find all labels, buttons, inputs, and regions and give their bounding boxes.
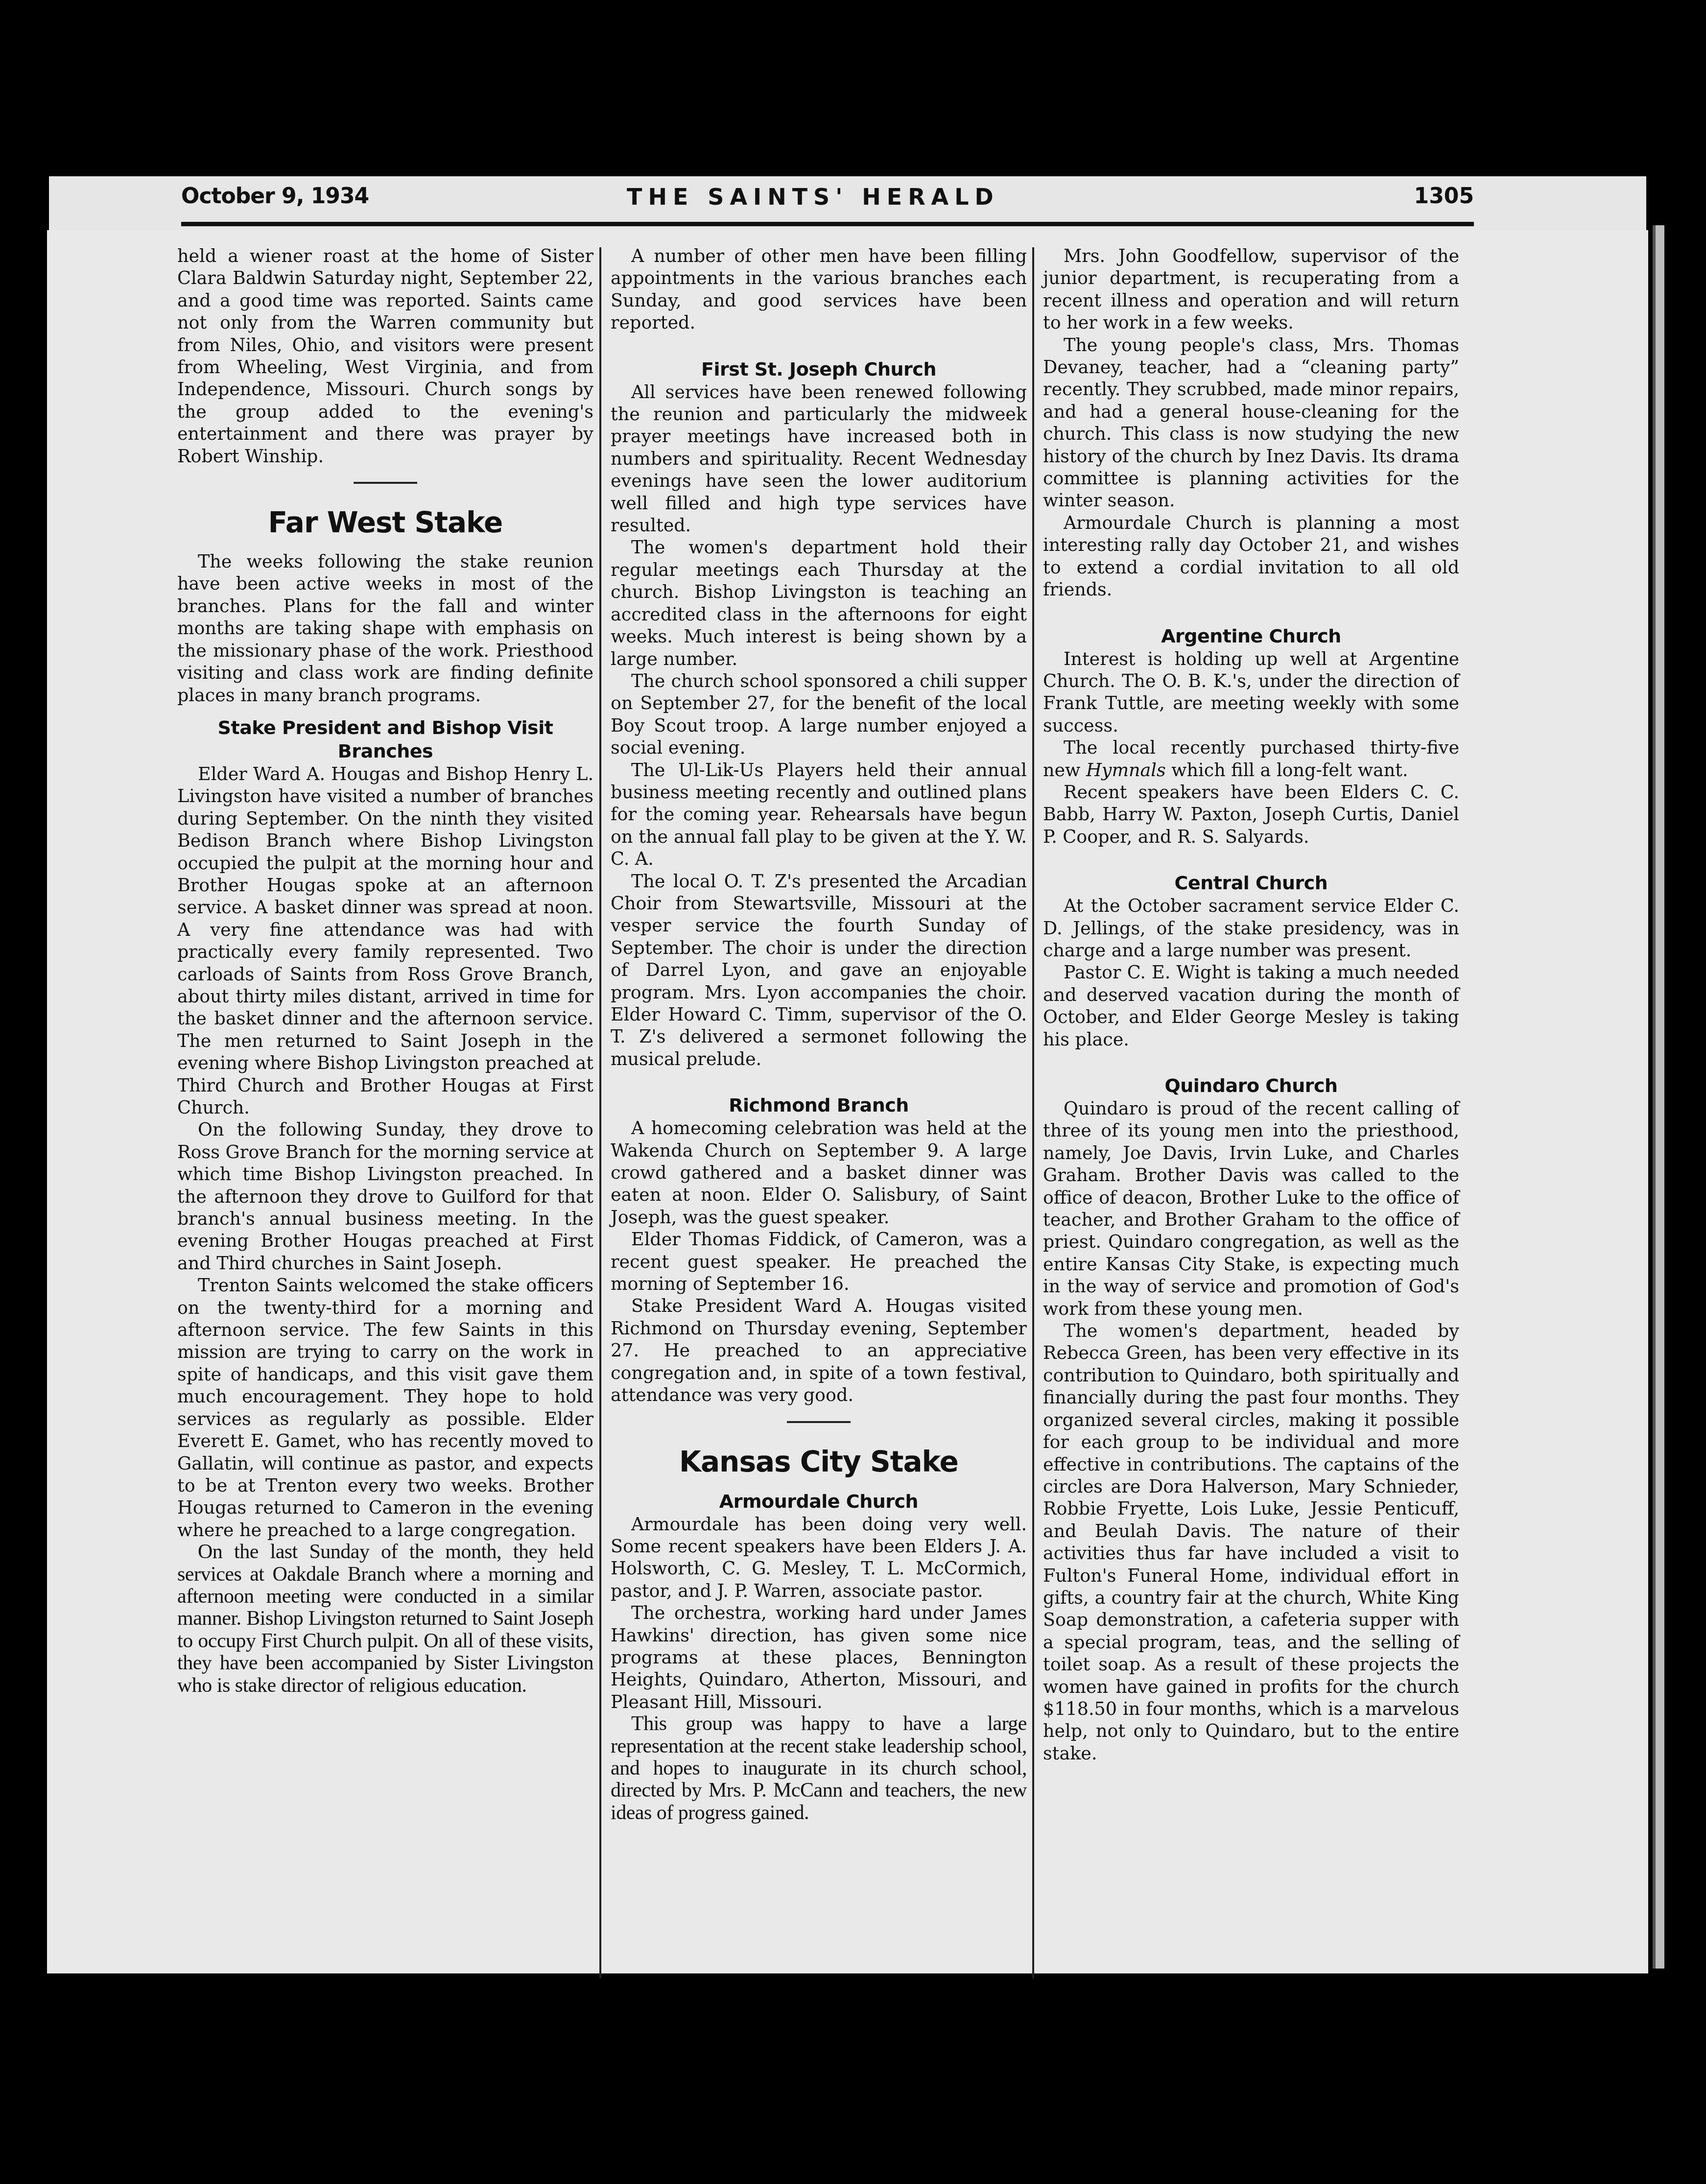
subsection-heading: Armourdale Church <box>611 1490 1027 1513</box>
paragraph: A homecoming celebration was held at the… <box>611 1117 1027 1228</box>
paragraph: Trenton Saints welcomed the stake office… <box>177 1274 593 1541</box>
paragraph: The church school sponsored a chili supp… <box>611 670 1027 759</box>
page-right-edge <box>1653 225 1664 1969</box>
section-heading: Far West Stake <box>177 505 593 540</box>
paragraph: This group was happy to have a large rep… <box>611 1713 1027 1824</box>
paragraph: Armourdale has been doing very well. Som… <box>611 1513 1027 1602</box>
paragraph: Recent speakers have been Elders C. C. B… <box>1043 781 1459 848</box>
paragraph: held a wiener roast at the home of Siste… <box>177 245 593 467</box>
paragraph: All services have been renewed following… <box>611 381 1027 537</box>
paragraph: The weeks following the stake reunion ha… <box>177 550 593 706</box>
paragraph: Elder Ward A. Hougas and Bishop Henry L.… <box>177 763 593 1119</box>
column-1: held a wiener roast at the home of Siste… <box>177 245 593 1697</box>
column-2: A number of other men have been filling … <box>611 245 1027 1824</box>
paragraph: On the last Sunday of the month, they he… <box>177 1541 593 1697</box>
paragraph: Armourdale Church is planning a most int… <box>1043 512 1459 601</box>
paragraph: The women's department, headed by Rebecc… <box>1043 1320 1459 1764</box>
paragraph: The local recently purchased thirty-five… <box>1043 736 1459 781</box>
paragraph-text: which fill a long-felt want. <box>1166 760 1408 781</box>
column-divider <box>1032 247 1034 1978</box>
italic-title: Hymnals <box>1086 760 1166 781</box>
paragraph: A number of other men have been filling … <box>611 245 1027 334</box>
paragraph: Quindaro is proud of the recent calling … <box>1043 1097 1459 1320</box>
publication-title: THE SAINTS' HERALD <box>627 184 999 210</box>
paragraph: Elder Thomas Fiddick, of Cameron, was a … <box>611 1228 1027 1295</box>
section-separator <box>787 1421 851 1423</box>
paragraph: Mrs. John Goodfellow, supervisor of the … <box>1043 245 1459 334</box>
subsection-heading: Quindaro Church <box>1043 1074 1459 1097</box>
subsection-heading: Richmond Branch <box>611 1093 1027 1117</box>
paragraph: Stake President Ward A. Hougas visited R… <box>611 1295 1027 1406</box>
column-3: Mrs. John Goodfellow, supervisor of the … <box>1043 245 1459 1764</box>
running-header: October 9, 1934 THE SAINTS' HERALD 1305 <box>181 184 1474 218</box>
paragraph: The young people's class, Mrs. Thomas De… <box>1043 334 1459 512</box>
paragraph: Pastor C. E. Wight is taking a much need… <box>1043 961 1459 1050</box>
paragraph: The local O. T. Z's presented the Arcadi… <box>611 870 1027 1070</box>
column-divider <box>599 247 601 1978</box>
paragraph: At the October sacrament service Elder C… <box>1043 895 1459 961</box>
paragraph: On the following Sunday, they drove to R… <box>177 1118 593 1274</box>
paragraph: The women's department hold their regula… <box>611 536 1027 669</box>
paragraph: The Ul-Lik-Us Players held their annual … <box>611 759 1027 870</box>
subsection-heading: Argentine Church <box>1043 624 1459 648</box>
page-number: 1305 <box>1414 184 1474 209</box>
paragraph: Interest is holding up well at Argentine… <box>1043 648 1459 737</box>
header-rule <box>181 222 1474 226</box>
paragraph: The orchestra, working hard under James … <box>611 1602 1027 1713</box>
subsection-heading: Central Church <box>1043 871 1459 895</box>
section-heading: Kansas City Stake <box>611 1445 1027 1479</box>
subsection-heading: Stake President and Bishop Visit Branche… <box>177 716 593 763</box>
issue-date: October 9, 1934 <box>181 184 369 209</box>
subsection-heading: First St. Joseph Church <box>611 357 1027 381</box>
section-separator <box>354 482 417 484</box>
